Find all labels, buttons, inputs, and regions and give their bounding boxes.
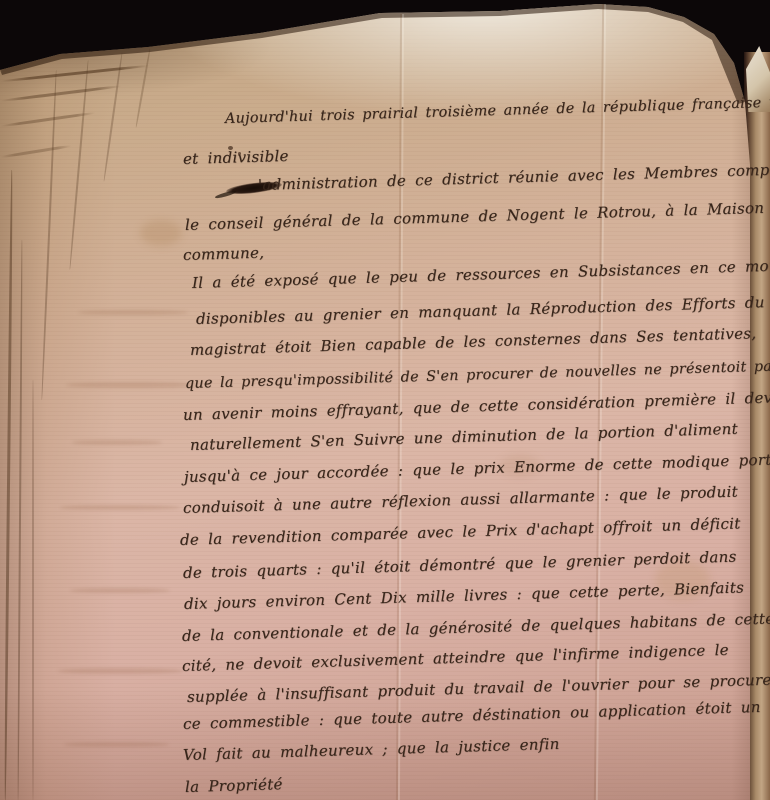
manuscript-line: cité, ne devoit exclusivement atteindre …	[182, 643, 729, 674]
manuscript-line: et indivisible	[183, 149, 289, 167]
manuscript-line: conduisoit à une autre réflexion aussi a…	[183, 485, 738, 516]
manuscript-line: jusqu'à ce jour accordée : que le prix E…	[184, 452, 770, 485]
manuscript-text: Aujourd'hui trois prairial troisième ann…	[0, 0, 770, 800]
manuscript-line: commune,	[183, 246, 265, 263]
manuscript-line: que la presqu'impossibilité de S'en proc…	[185, 359, 770, 391]
manuscript-line: dix jours environ Cent Dix mille livres …	[184, 580, 745, 612]
manuscript-line: Il a été exposé que le peu de ressources…	[192, 258, 770, 291]
manuscript-line: naturellement S'en Suivre une diminution…	[190, 422, 738, 453]
manuscript-line: de trois quarts : qu'il étoit démontré q…	[183, 550, 737, 581]
manuscript-line: un avenir moins effrayant, que de cette …	[183, 390, 770, 423]
manuscript-line: le conseil général de la commune de Noge…	[185, 201, 765, 233]
manuscript-line: magistrat étoit Bien capable de les cons…	[190, 326, 757, 358]
manuscript-line: disponibles au grenier en manquant la Ré…	[196, 295, 765, 327]
manuscript-line: 'administration de ce district réunie av…	[258, 161, 770, 192]
manuscript-line: Vol fait au malheureux ; que la justice …	[183, 737, 560, 763]
manuscript-line: de la conventionale et de la générosité …	[182, 611, 770, 644]
manuscript-photo: Aujourd'hui trois prairial troisième ann…	[0, 0, 770, 800]
manuscript-line: ce commestible : que toute autre déstina…	[183, 700, 761, 732]
manuscript-line: de la revendition comparée avec le Prix …	[180, 516, 741, 548]
manuscript-line: Aujourd'hui trois prairial troisième ann…	[225, 94, 770, 126]
manuscript-line: la Propriété	[185, 777, 283, 795]
